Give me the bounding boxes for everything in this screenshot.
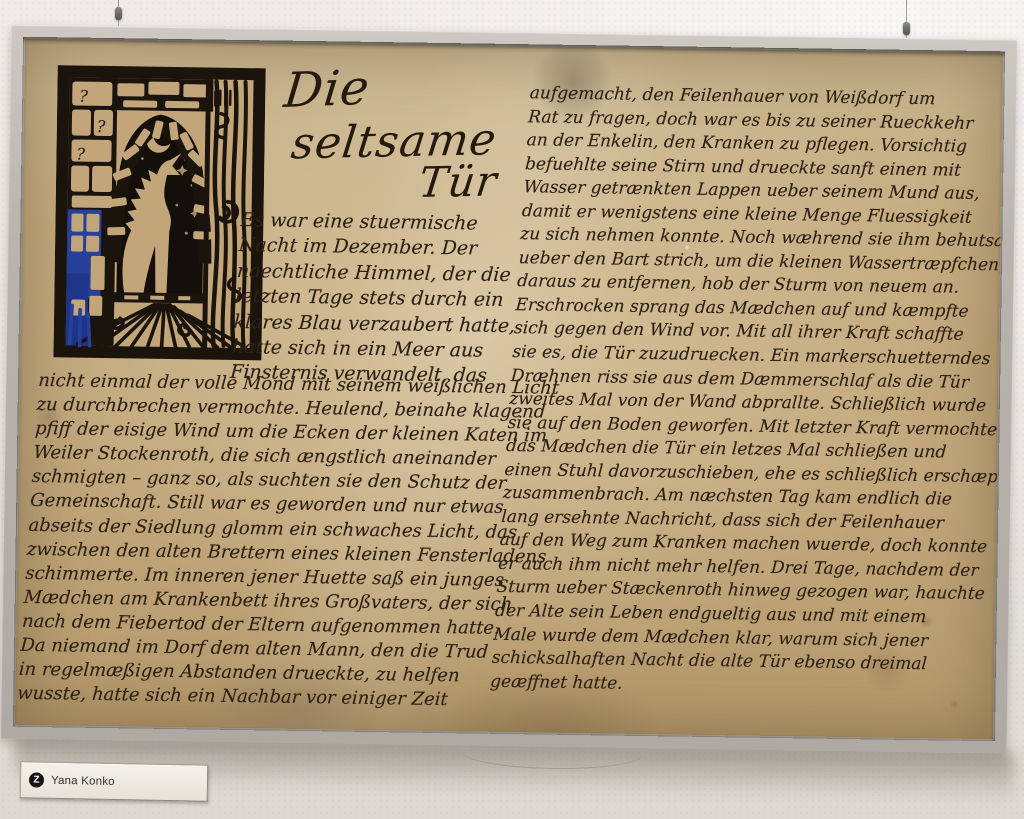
picture-frame: ? ? ? xyxy=(1,25,1017,754)
title-word-tuer: Tür xyxy=(416,156,500,207)
svg-text:?: ? xyxy=(97,117,106,136)
museum-label: Z Yana Konko xyxy=(20,761,209,802)
wire-clip-left xyxy=(115,7,122,20)
left-column-body-text: nicht einmal der volle Mond mit seinem w… xyxy=(16,369,559,714)
artist-name: Yana Konko xyxy=(51,774,115,787)
right-column-body-text: aufgemacht, den Feilenhauer von Weißdorf… xyxy=(489,82,1003,701)
left-column-intro-text: Es war eine stuermische Nacht im Dezembe… xyxy=(229,208,523,390)
svg-text:?: ? xyxy=(76,145,85,164)
gallery-logo-icon: Z xyxy=(29,772,44,787)
svg-text:?: ? xyxy=(79,87,88,106)
threshold xyxy=(112,292,204,303)
artwork-paper: ? ? ? xyxy=(15,39,1003,739)
lintel-stones xyxy=(113,78,213,111)
wire-clip-right xyxy=(903,22,910,35)
title-word-die: Die xyxy=(282,60,373,119)
gallery-photo: { "artwork": { "title": { "line1": "Die"… xyxy=(0,0,1024,819)
